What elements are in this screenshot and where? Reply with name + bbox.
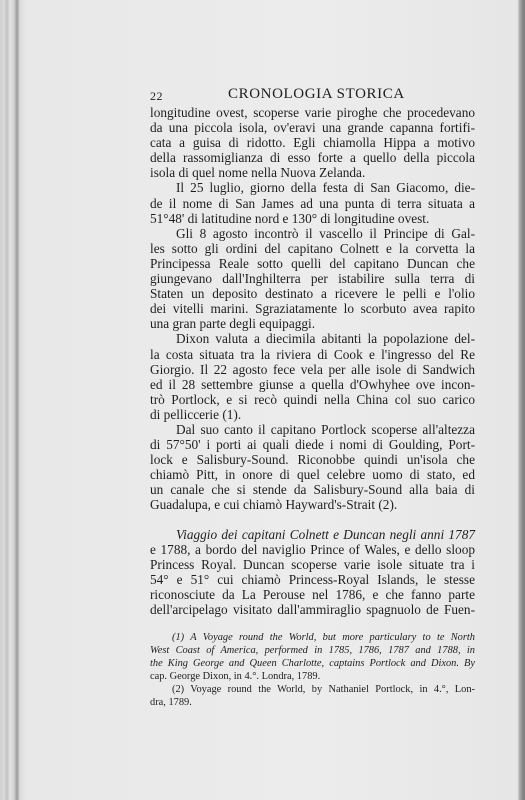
text-line: da una piccola isola, ov'eravi una grand… [150,120,475,135]
footnote-1: (1) A Voyage round the World, but more p… [150,631,475,683]
text-line: Staten un deposito destinato a ricevere … [150,286,475,301]
text-line: Principessa Reale sotto quelli del capit… [150,256,475,271]
footnote-line: dra, 1789. [150,696,475,709]
text-line: una gran parte degli equipaggi. [150,316,475,331]
text-line: Il 25 luglio, giorno della festa di San … [150,180,475,195]
footnote-line: cap. George Dixon, in 4.°. Londra, 1789. [150,670,475,683]
paragraph-3: Gli 8 agosto incontrò il vascello il Pri… [150,226,475,332]
text-line: Giorgio. Il 22 agosto fece vela per alle… [150,362,475,377]
text-line: e 1788, a bordo del naviglio Prince of W… [150,542,475,557]
paragraph-4: Dixon valuta a diecimila abitanti la pop… [150,331,475,422]
paragraph-2: Il 25 luglio, giorno della festa di San … [150,180,475,225]
text-line: la costa situata tra la riviera di Cook … [150,347,475,362]
text-line: Dal suo canto il capitano Portlock scope… [150,422,475,437]
section-paragraph-colnett-duncan: Viaggio dei capitani Colnett e Duncan ne… [150,527,475,618]
text-line: 51°48' di latitudine nord e 130° di long… [150,211,475,226]
paragraph-1: longitudine ovest, scoperse varie pirogh… [150,105,475,180]
text-line: Dixon valuta a diecimila abitanti la pop… [150,331,475,346]
text-line: les sotto gli ordini del capitano Colnet… [150,241,475,256]
text-line: dell'arcipelago visitato dall'ammiraglio… [150,602,475,617]
text-line: riconosciute da La Perouse nel 1786, e c… [150,587,475,602]
text-line: giungevano dall'Inghilterra per istabili… [150,271,475,286]
text-line: de il nome di San James ad una punta di … [150,196,475,211]
footnote-line: West Coast of America, performed in 1785… [150,644,475,657]
text-line: chiamò Pitt, in onore di quel celebre uo… [150,467,475,482]
paragraph-5: Dal suo canto il capitano Portlock scope… [150,422,475,513]
text-line: Gli 8 agosto incontrò il vascello il Pri… [150,226,475,241]
text-line: cata a guisa di ridotto. Egli chiamolla … [150,135,475,150]
running-title: CRONOLOGIA STORICA [228,86,405,103]
text-line: Guadalupa, e cui chiamò Hayward's-Strait… [150,497,475,512]
body-text: longitudine ovest, scoperse varie pirogh… [150,105,475,617]
book-page: 22 CRONOLOGIA STORICA longitudine ovest,… [150,86,475,709]
text-line: di 57°50' i porti ai quali diede i nomi … [150,437,475,452]
footnote-line: (2) Voyage round the World, by Nathaniel… [150,683,475,696]
footnote-2: (2) Voyage round the World, by Nathaniel… [150,683,475,709]
text-line: isola di quel nome nella Nuova Zelanda. [150,165,475,180]
text-line: ed il 28 settembre giunse a quella d'Owh… [150,377,475,392]
footnotes: (1) A Voyage round the World, but more p… [150,631,475,709]
text-line: 54° e 51° cui chiamò Princess-Royal Isla… [150,572,475,587]
text-line: di pelliccerie (1). [150,407,475,422]
text-line: lock e Salisbury-Sound. Riconobbe quindi… [150,452,475,467]
page-number: 22 [150,89,163,104]
text-line: trò Portlock, e si recò quindi nella Chi… [150,392,475,407]
footnote-line: (1) A Voyage round the World, but more p… [150,631,475,644]
text-line: Princess Royal. Duncan scoperse varie is… [150,557,475,572]
page-edge-shadow [517,0,525,800]
text-line: dei vitelli marini. Sgraziatamente lo sc… [150,301,475,316]
text-line: longitudine ovest, scoperse varie pirogh… [150,105,475,120]
running-head: 22 CRONOLOGIA STORICA [150,86,475,104]
text-line: un canale che si stende da Salisbury-Sou… [150,482,475,497]
text-line: Viaggio dei capitani Colnett e Duncan ne… [150,527,475,542]
footnote-line: the King George and Queen Charlotte, cap… [150,657,475,670]
text-line: della rassomiglianza di esso forte a que… [150,150,475,165]
